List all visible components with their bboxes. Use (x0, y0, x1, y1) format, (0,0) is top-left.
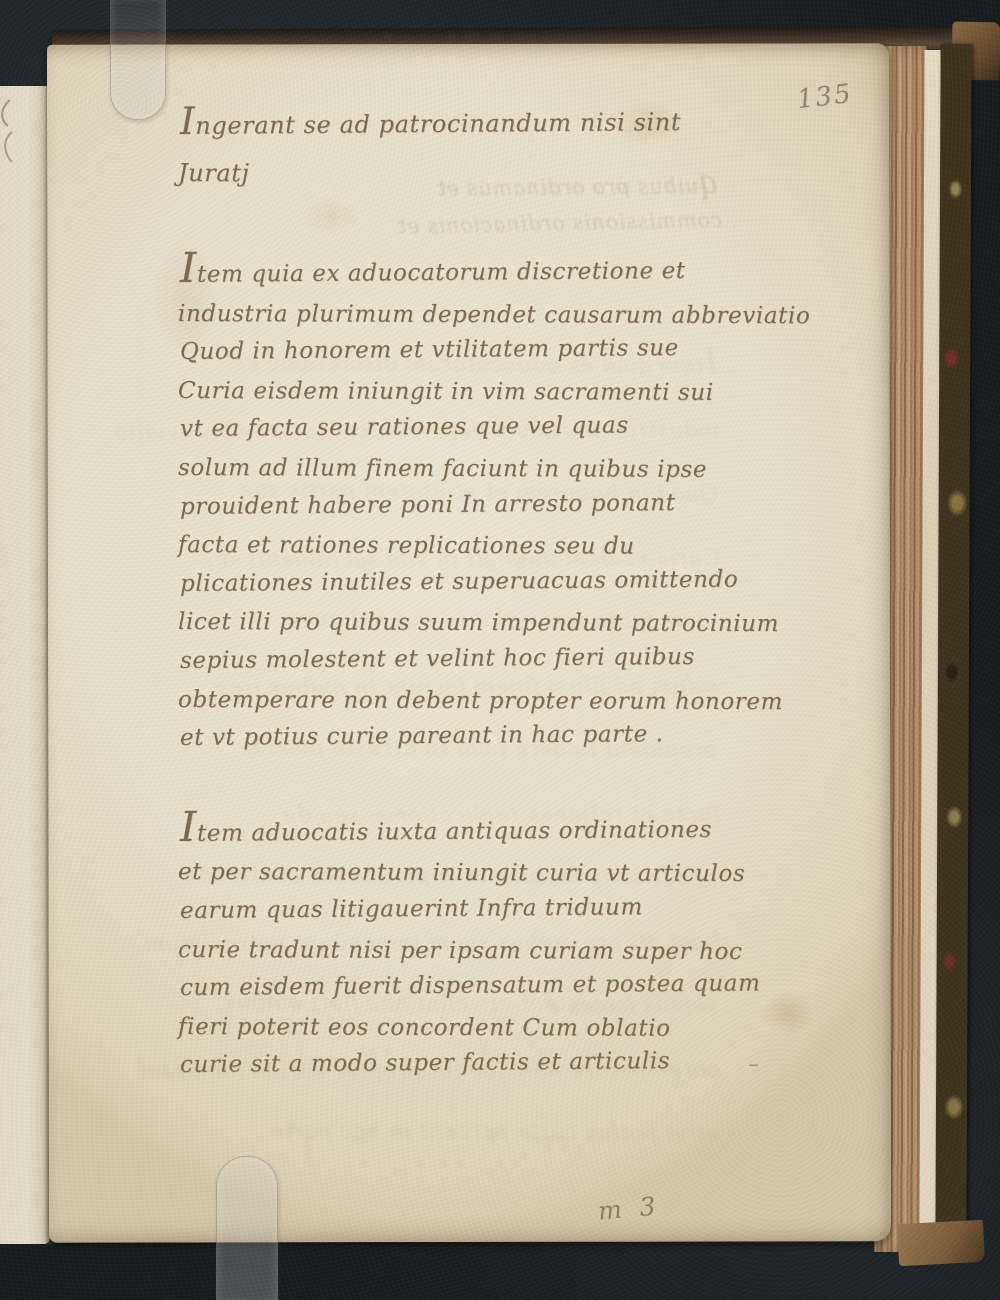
manuscript-line: plicationes inutiles et superuacuas omit… (180, 560, 728, 603)
manuscript-paragraph: Item aduocatis iuxta antiquas ordination… (178, 808, 726, 1085)
manuscript-line: sepius molestent et velint hoc fieri qui… (180, 638, 728, 681)
manuscript-line: Item quia ex aduocatorum discretione et (180, 245, 728, 295)
manuscript-line: vt ea facta seu rationes que vel quas (180, 406, 728, 449)
binding-corner-bottom-right (897, 1220, 985, 1266)
manuscript-line: Ingerant se ad patrocinandum nisi sint (180, 94, 728, 150)
page-restraint-strap-bottom (216, 1156, 278, 1300)
page-restraint-strap-top (110, 0, 166, 120)
manuscript-paragraph: Item quia ex aduocatorum discretione eti… (178, 249, 726, 758)
manuscript-line: Item aduocatis iuxta antiquas ordination… (180, 803, 728, 853)
facing-page-sliver (0, 86, 50, 1244)
marginal-dash: – (748, 1052, 759, 1077)
manuscript-line: et vt potius curie pareant in hac parte … (180, 715, 728, 758)
manuscript-line: curie sit a modo super factis et articul… (180, 1042, 728, 1085)
marbled-board-edge (935, 44, 971, 1252)
manuscript-line: cum eisdem fuerit dispensatum et postea … (180, 965, 728, 1008)
facing-page-ink-marks (0, 96, 22, 166)
manuscript-text-block: Ingerant se ad patrocinandum nisi sintJu… (178, 98, 726, 1131)
manuscript-line: Juratj (178, 150, 726, 199)
manuscript-line: Quod in honorem et vtilitatem partis sue (180, 329, 728, 372)
manuscript-photograph: quibus pro ordinamus et commissionis ord… (0, 0, 1000, 1300)
quire-signature: m 3 (597, 1191, 662, 1225)
manuscript-paragraph: Ingerant se ad patrocinandum nisi sintJu… (178, 98, 726, 197)
manuscript-line: prouident habere poni In arresto ponant (180, 483, 728, 526)
manuscript-line: earum quas litigauerint Infra triduum (180, 888, 728, 931)
